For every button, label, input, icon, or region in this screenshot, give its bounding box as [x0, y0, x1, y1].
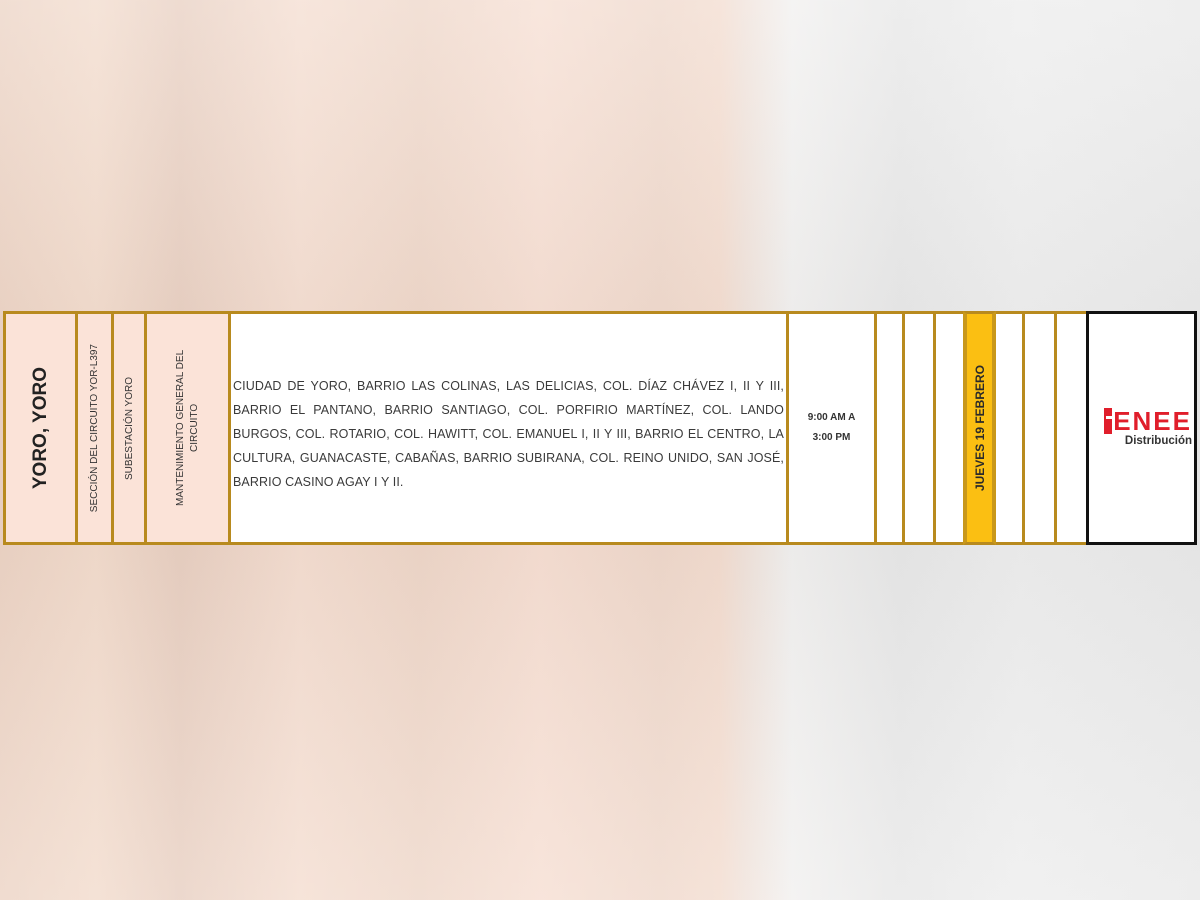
department-label: YORO, YORO: [30, 367, 52, 489]
date-label: JUEVES 19 FEBRERO: [973, 365, 987, 491]
empty-cell: [996, 311, 1022, 545]
time-end: 3:00 PM: [813, 428, 851, 448]
empty-cell: [933, 311, 963, 545]
circuit-section-label: SECCIÓN DEL CIRCUITO YOR-L397: [89, 344, 100, 512]
logo-subtitle: Distribución: [1125, 434, 1192, 448]
circuit-section-cell: SECCIÓN DEL CIRCUITO YOR-L397: [75, 311, 111, 545]
department-cell: YORO, YORO: [3, 311, 75, 545]
date-cell: JUEVES 19 FEBRERO: [963, 311, 996, 545]
logo-name: ENEE: [1113, 408, 1192, 434]
logo-cell: ENEE Distribución: [1086, 311, 1197, 545]
substation-label: SUBESTACIÓN YORO: [124, 377, 135, 480]
affected-zones-cell: CIUDAD DE YORO, BARRIO LAS COLINAS, LAS …: [228, 311, 786, 545]
work-type-cell: MANTENIMIENTO GENERAL DEL CIRCUITO: [144, 311, 228, 545]
enee-logo-icon: [1104, 408, 1112, 434]
time-cell: 9:00 AM A 3:00 PM: [786, 311, 874, 545]
empty-cell: [1054, 311, 1086, 545]
empty-cell: [1022, 311, 1054, 545]
affected-zones-text: CIUDAD DE YORO, BARRIO LAS COLINAS, LAS …: [231, 314, 786, 494]
outage-schedule-row: YORO, YORO SECCIÓN DEL CIRCUITO YOR-L397…: [3, 311, 1198, 545]
substation-cell: SUBESTACIÓN YORO: [111, 311, 144, 545]
time-start: 9:00 AM A: [808, 408, 856, 428]
work-type-label: MANTENIMIENTO GENERAL DEL CIRCUITO: [174, 328, 202, 528]
empty-cell: [902, 311, 933, 545]
empty-cell: [874, 311, 902, 545]
